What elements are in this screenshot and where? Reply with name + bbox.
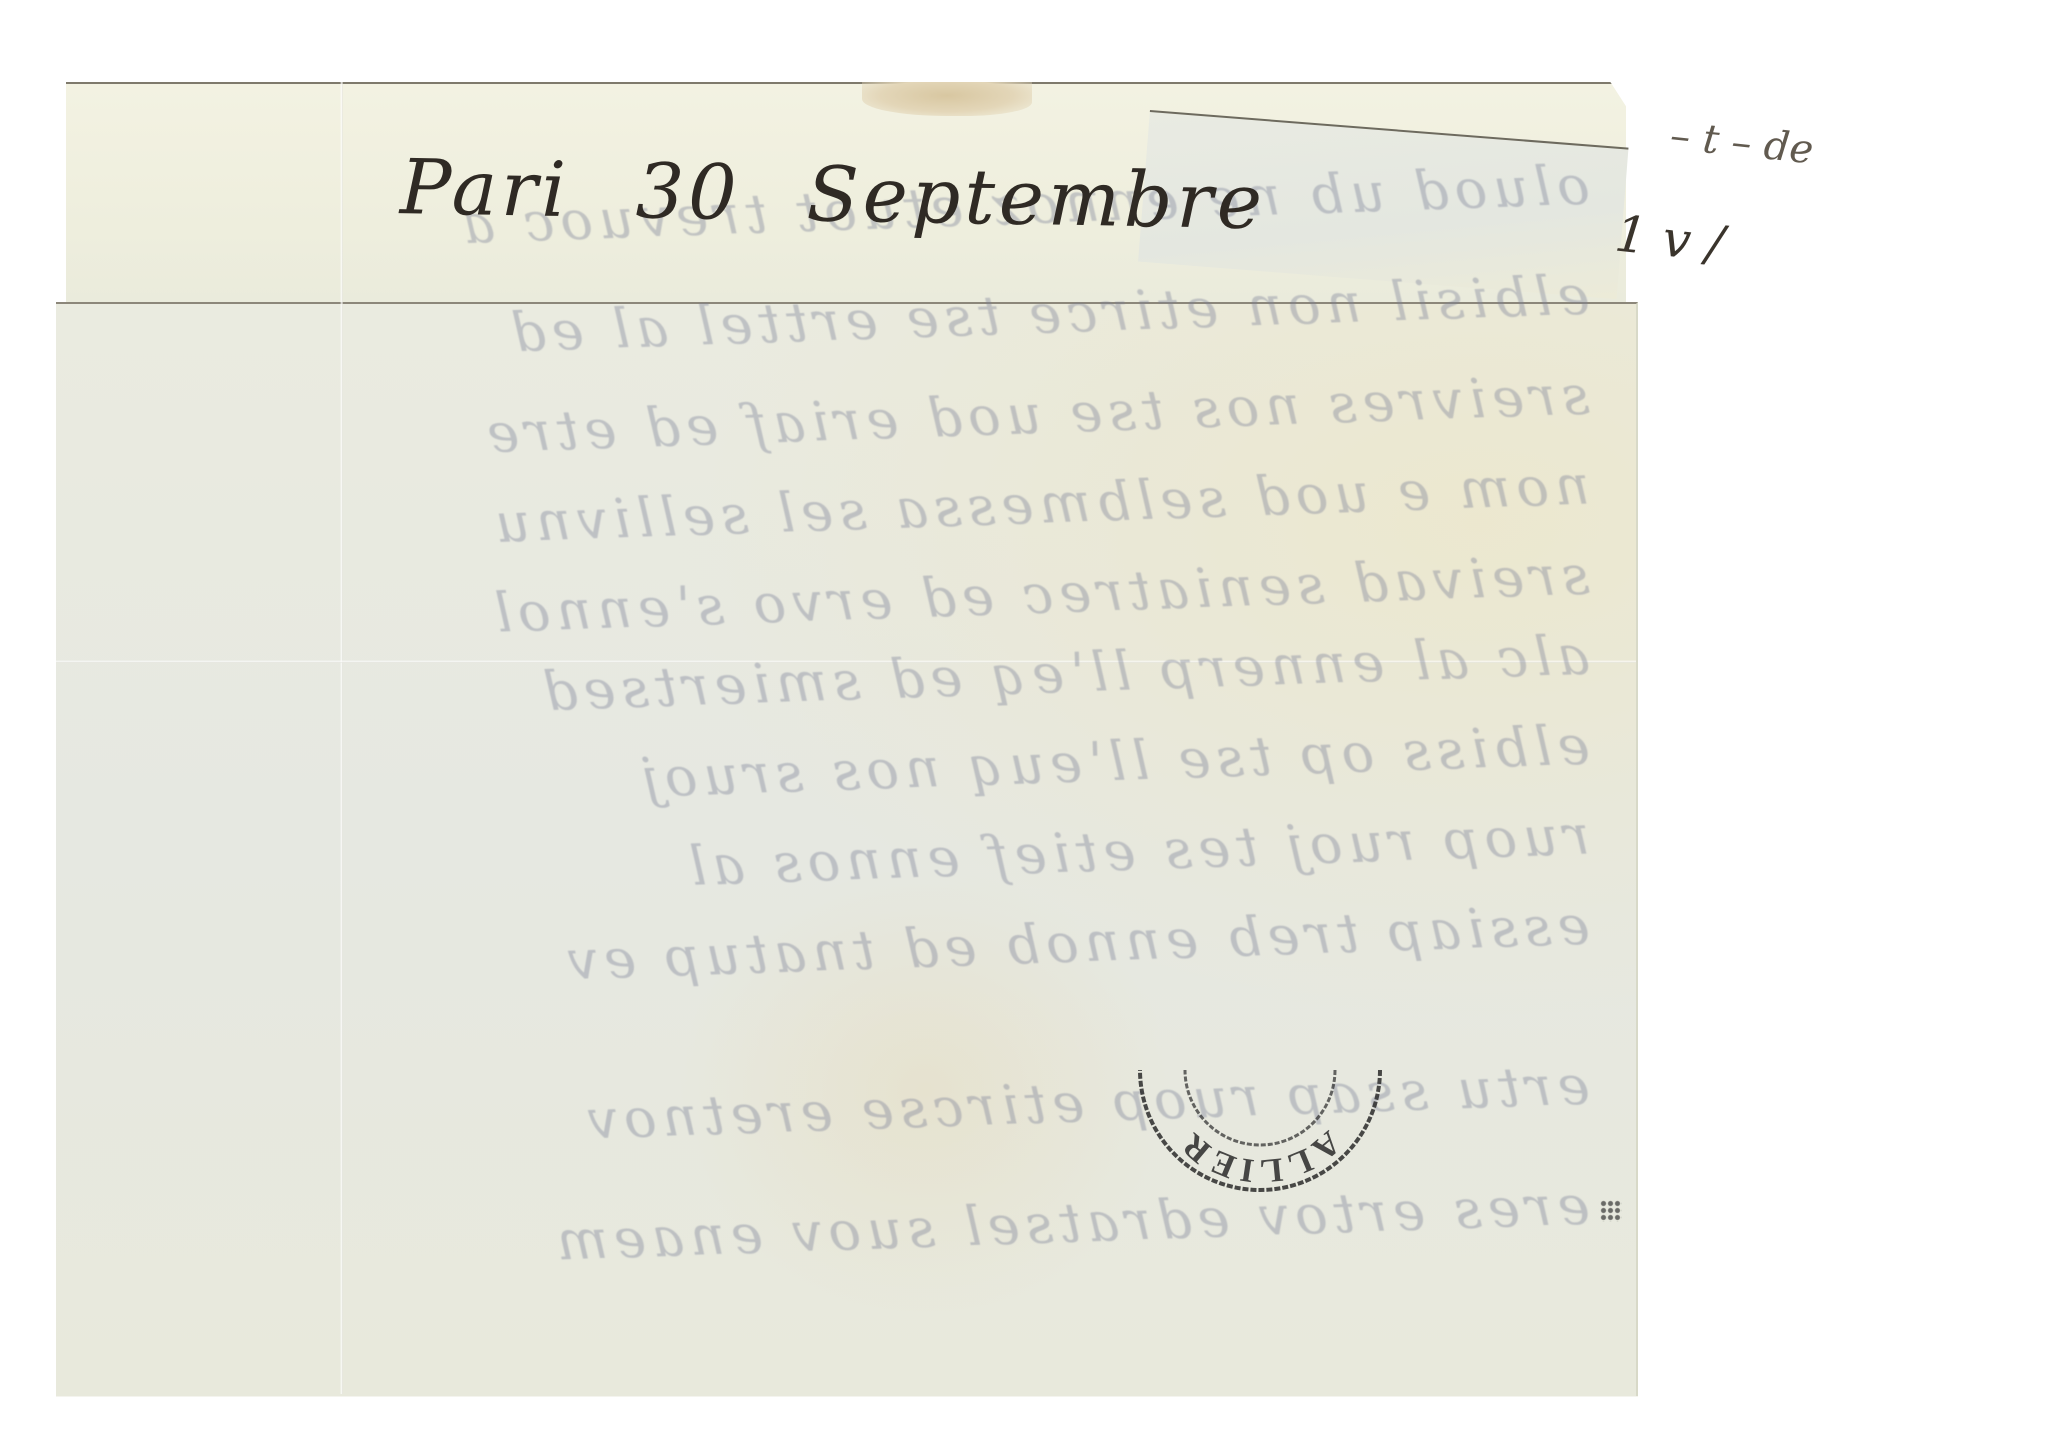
paper-stain <box>862 82 1032 116</box>
header-day: 30 <box>635 146 741 237</box>
flap-text-fragment: – t – de <box>1668 113 1816 174</box>
header-place: Pari <box>399 142 570 234</box>
postmark-text: ALLIER <box>1172 1124 1347 1190</box>
header-month: Septembre <box>806 149 1267 246</box>
ink-speckle <box>1600 1200 1622 1222</box>
postmark-icon: ALLIER <box>1110 920 1410 1220</box>
svg-text:ALLIER: ALLIER <box>1172 1124 1347 1190</box>
header-year-fragment: 1 v / <box>1612 204 1726 273</box>
letter-header-date: Pari 30 Septembre <box>399 142 1304 247</box>
postmark-stamp: ALLIER <box>1110 920 1410 1220</box>
vertical-fold-line <box>340 82 343 1394</box>
letter-scan: oluod ub ne ennoz etuot trevuoc a elbisi… <box>0 0 2048 1439</box>
